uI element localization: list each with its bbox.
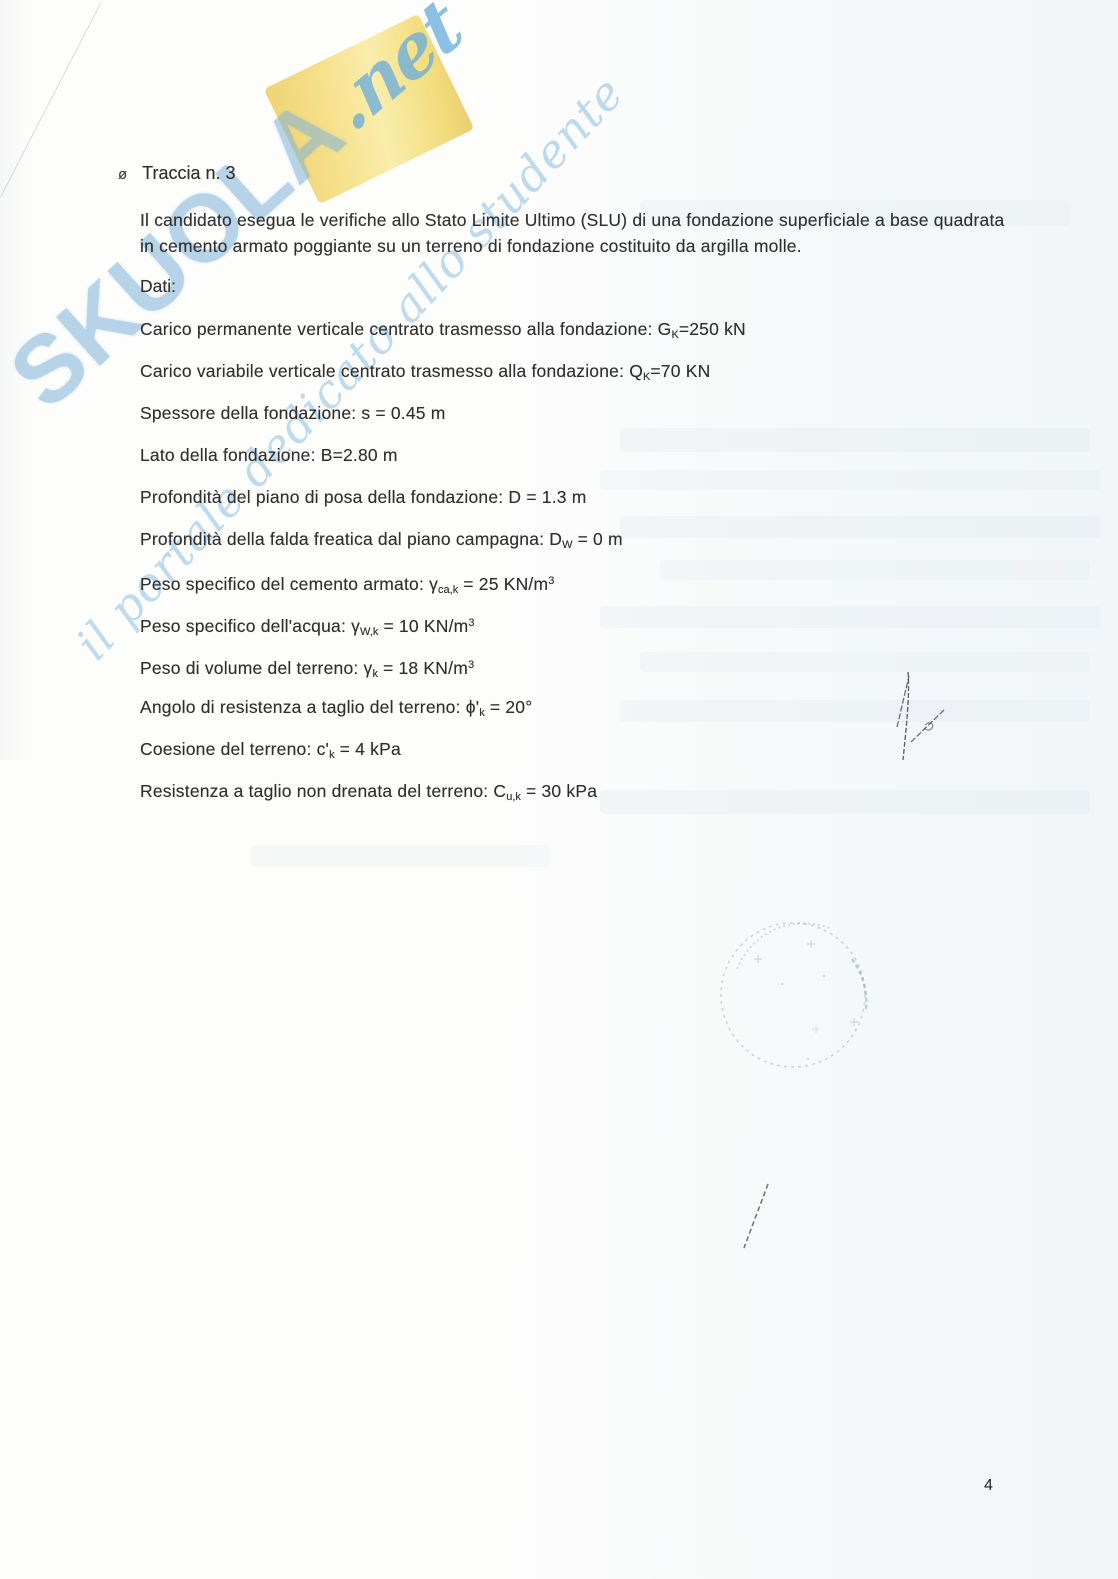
data-item: Resistenza a taglio non drenata del terr… [140,782,746,800]
data-item: Peso specifico dell'acqua: γW,k = 10 KN/… [140,614,746,632]
scanned-document-page: SKUOLA .net il portale dedicato allo stu… [0,0,1118,1579]
intro-paragraph: Il candidato esegua le verifiche allo St… [140,207,1004,259]
data-item: Profondità della falda freatica dal pian… [140,530,746,548]
intro-line: in cemento armato poggiante su un terren… [140,233,1004,259]
data-item: Carico variabile verticale centrato tras… [140,362,746,380]
dati-label: Dati: [140,276,176,297]
document-content: ø Traccia n. 3 Il candidato esegua le ve… [0,0,1118,1579]
list-bullet: ø [118,166,127,183]
data-item: Carico permanente verticale centrato tra… [140,320,746,338]
intro-line: Il candidato esegua le verifiche allo St… [140,207,1004,233]
data-item: Peso di volume del terreno: γk = 18 KN/m… [140,656,746,674]
data-item: Spessore della fondazione: s = 0.45 m [140,404,746,422]
data-item: Peso specifico del cemento armato: γca,k… [140,572,746,590]
data-item: Profondità del piano di posa della fonda… [140,488,746,506]
page-title: Traccia n. 3 [142,163,235,184]
data-item: Lato della fondazione: B=2.80 m [140,446,746,464]
data-item: Coesione del terreno: c'k = 4 kPa [140,740,746,758]
data-item: Angolo di resistenza a taglio del terren… [140,698,746,716]
data-items-list: Carico permanente verticale centrato tra… [140,320,746,824]
section-title-row: ø Traccia n. 3 [118,163,236,184]
page-number: 4 [984,1477,993,1495]
